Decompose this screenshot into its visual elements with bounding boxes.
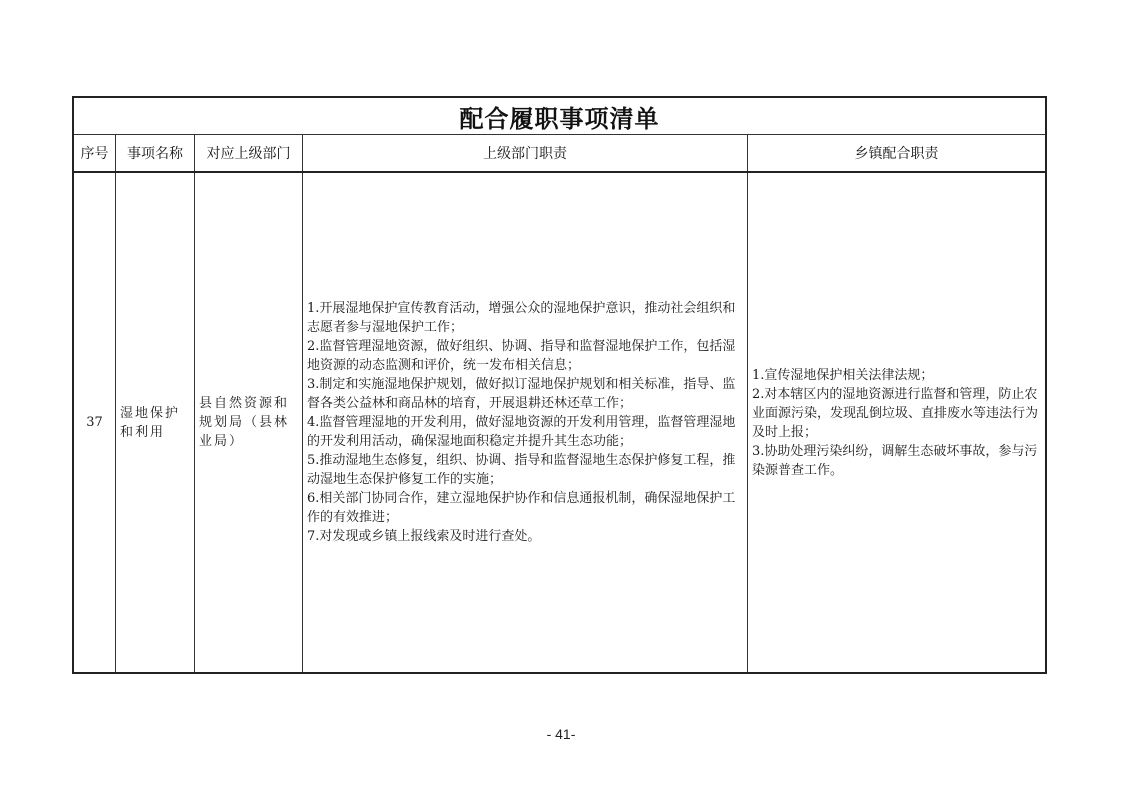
row-superior-duties: 1.开展湿地保护宣传教育活动，增强公众的湿地保护意识，推动社会组织和志愿者参与湿… (303, 173, 748, 672)
table-row: 37 湿地保护和利用 县自然资源和规划局（县林业局） 1.开展湿地保护宣传教育活… (74, 173, 1045, 672)
row-department: 县自然资源和规划局（县林业局） (195, 173, 303, 672)
superior-duty-item: 2.监督管理湿地资源，做好组织、协调、指导和监督湿地保护工作，包括湿地资源的动态… (307, 337, 743, 375)
township-duty-item: 2.对本辖区内的湿地资源进行监督和管理，防止农业面源污染，发现乱倒垃圾、直排废水… (752, 385, 1041, 442)
row-township-duties: 1.宣传湿地保护相关法律法规； 2.对本辖区内的湿地资源进行监督和管理，防止农业… (748, 173, 1045, 672)
row-item-name: 湿地保护和利用 (116, 173, 195, 672)
table-header-row: 序号 事项名称 对应上级部门 上级部门职责 乡镇配合职责 (74, 135, 1045, 173)
table-title: 配合履职事项清单 (74, 98, 1045, 135)
superior-duty-item: 3.制定和实施湿地保护规划，做好拟订湿地保护规划和相关标准，指导、监督各类公益林… (307, 375, 743, 413)
page-number: - 41- (0, 726, 1122, 742)
duty-list-table: 配合履职事项清单 序号 事项名称 对应上级部门 上级部门职责 乡镇配合职责 37… (72, 96, 1047, 674)
superior-duty-item: 5.推动湿地生态修复，组织、协调、指导和监督湿地生态保护修复工程，推动湿地生态保… (307, 451, 743, 489)
column-header-item-name: 事项名称 (116, 135, 195, 171)
township-duty-item: 3.协助处理污染纠纷，调解生态破坏事故，参与污染源普查工作。 (752, 442, 1041, 480)
township-duty-item: 1.宣传湿地保护相关法律法规； (752, 366, 1041, 385)
column-header-superior-duties: 上级部门职责 (303, 135, 748, 171)
superior-duty-item: 6.相关部门协同合作，建立湿地保护协作和信息通报机制，确保湿地保护工作的有效推进… (307, 489, 743, 527)
superior-duty-item: 7.对发现或乡镇上报线索及时进行查处。 (307, 527, 743, 546)
column-header-department: 对应上级部门 (195, 135, 303, 171)
superior-duty-item: 4.监督管理湿地的开发利用，做好湿地资源的开发利用管理，监督管理湿地的开发利用活… (307, 413, 743, 451)
superior-duty-item: 1.开展湿地保护宣传教育活动，增强公众的湿地保护意识，推动社会组织和志愿者参与湿… (307, 299, 743, 337)
column-header-township-duties: 乡镇配合职责 (748, 135, 1045, 171)
column-header-index: 序号 (74, 135, 116, 171)
row-index: 37 (74, 173, 116, 672)
